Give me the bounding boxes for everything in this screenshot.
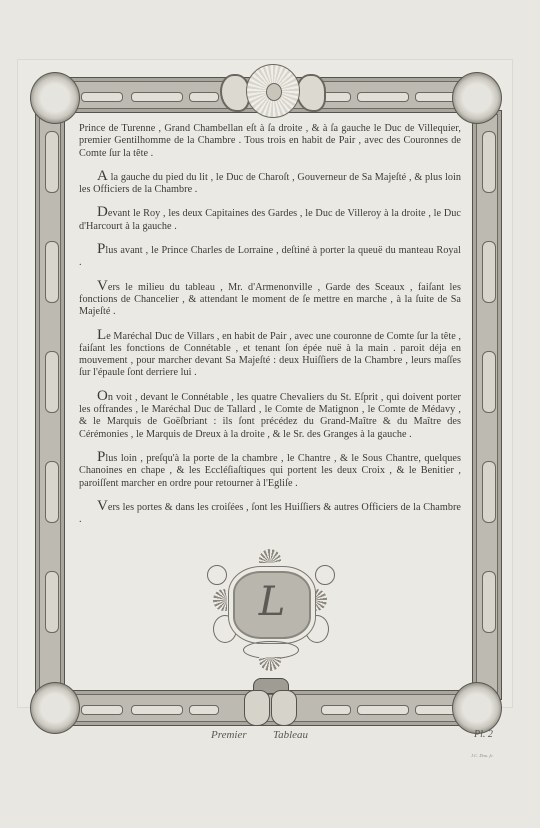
monogram-letter: L bbox=[235, 579, 309, 625]
paragraph-7: On voit , devant le Connétable , les qua… bbox=[79, 390, 461, 441]
paragraph-3: Devant le Roy , les deux Capitaines des … bbox=[79, 206, 461, 233]
paragraph-8: Plus loin , preſqu'à la porte de la cham… bbox=[79, 451, 461, 490]
paragraph-9: Vers les portes & dans les croiſées , ſo… bbox=[79, 500, 461, 527]
caption-premier: Premier bbox=[211, 729, 247, 741]
paragraph-1: Prince de Turenne , Grand Chambellan eſt… bbox=[79, 123, 461, 160]
paragraph-2: A la gauche du pied du lit , le Duc de C… bbox=[79, 170, 461, 197]
paragraph-5: Vers le milieu du tableau , Mr. d'Armeno… bbox=[79, 280, 461, 319]
corner-medallion-top-right-icon bbox=[452, 72, 502, 124]
corner-medallion-bottom-left-icon bbox=[30, 682, 80, 734]
corner-medallion-top-left-icon bbox=[30, 72, 80, 124]
paragraph-6: Le Maréchal Duc de Villars , en habit de… bbox=[79, 329, 461, 380]
plate-number: Pl. 2 bbox=[474, 729, 493, 740]
sun-face-cartouche-icon bbox=[226, 60, 316, 126]
body-text: Prince de Turenne , Grand Chambellan eſt… bbox=[79, 123, 461, 536]
corner-medallion-bottom-right-icon bbox=[452, 682, 502, 734]
frame-right-band bbox=[472, 110, 502, 700]
frame-left-band bbox=[35, 110, 65, 700]
monogram-ornament-icon: L bbox=[203, 545, 337, 675]
caption-tableau: Tableau bbox=[273, 729, 308, 741]
engraver-signature: J.C. Dou. ſc. bbox=[471, 753, 494, 758]
paragraph-4: Plus avant , le Prince Charles de Lorrai… bbox=[79, 243, 461, 270]
coat-of-arms-icon bbox=[244, 690, 296, 730]
